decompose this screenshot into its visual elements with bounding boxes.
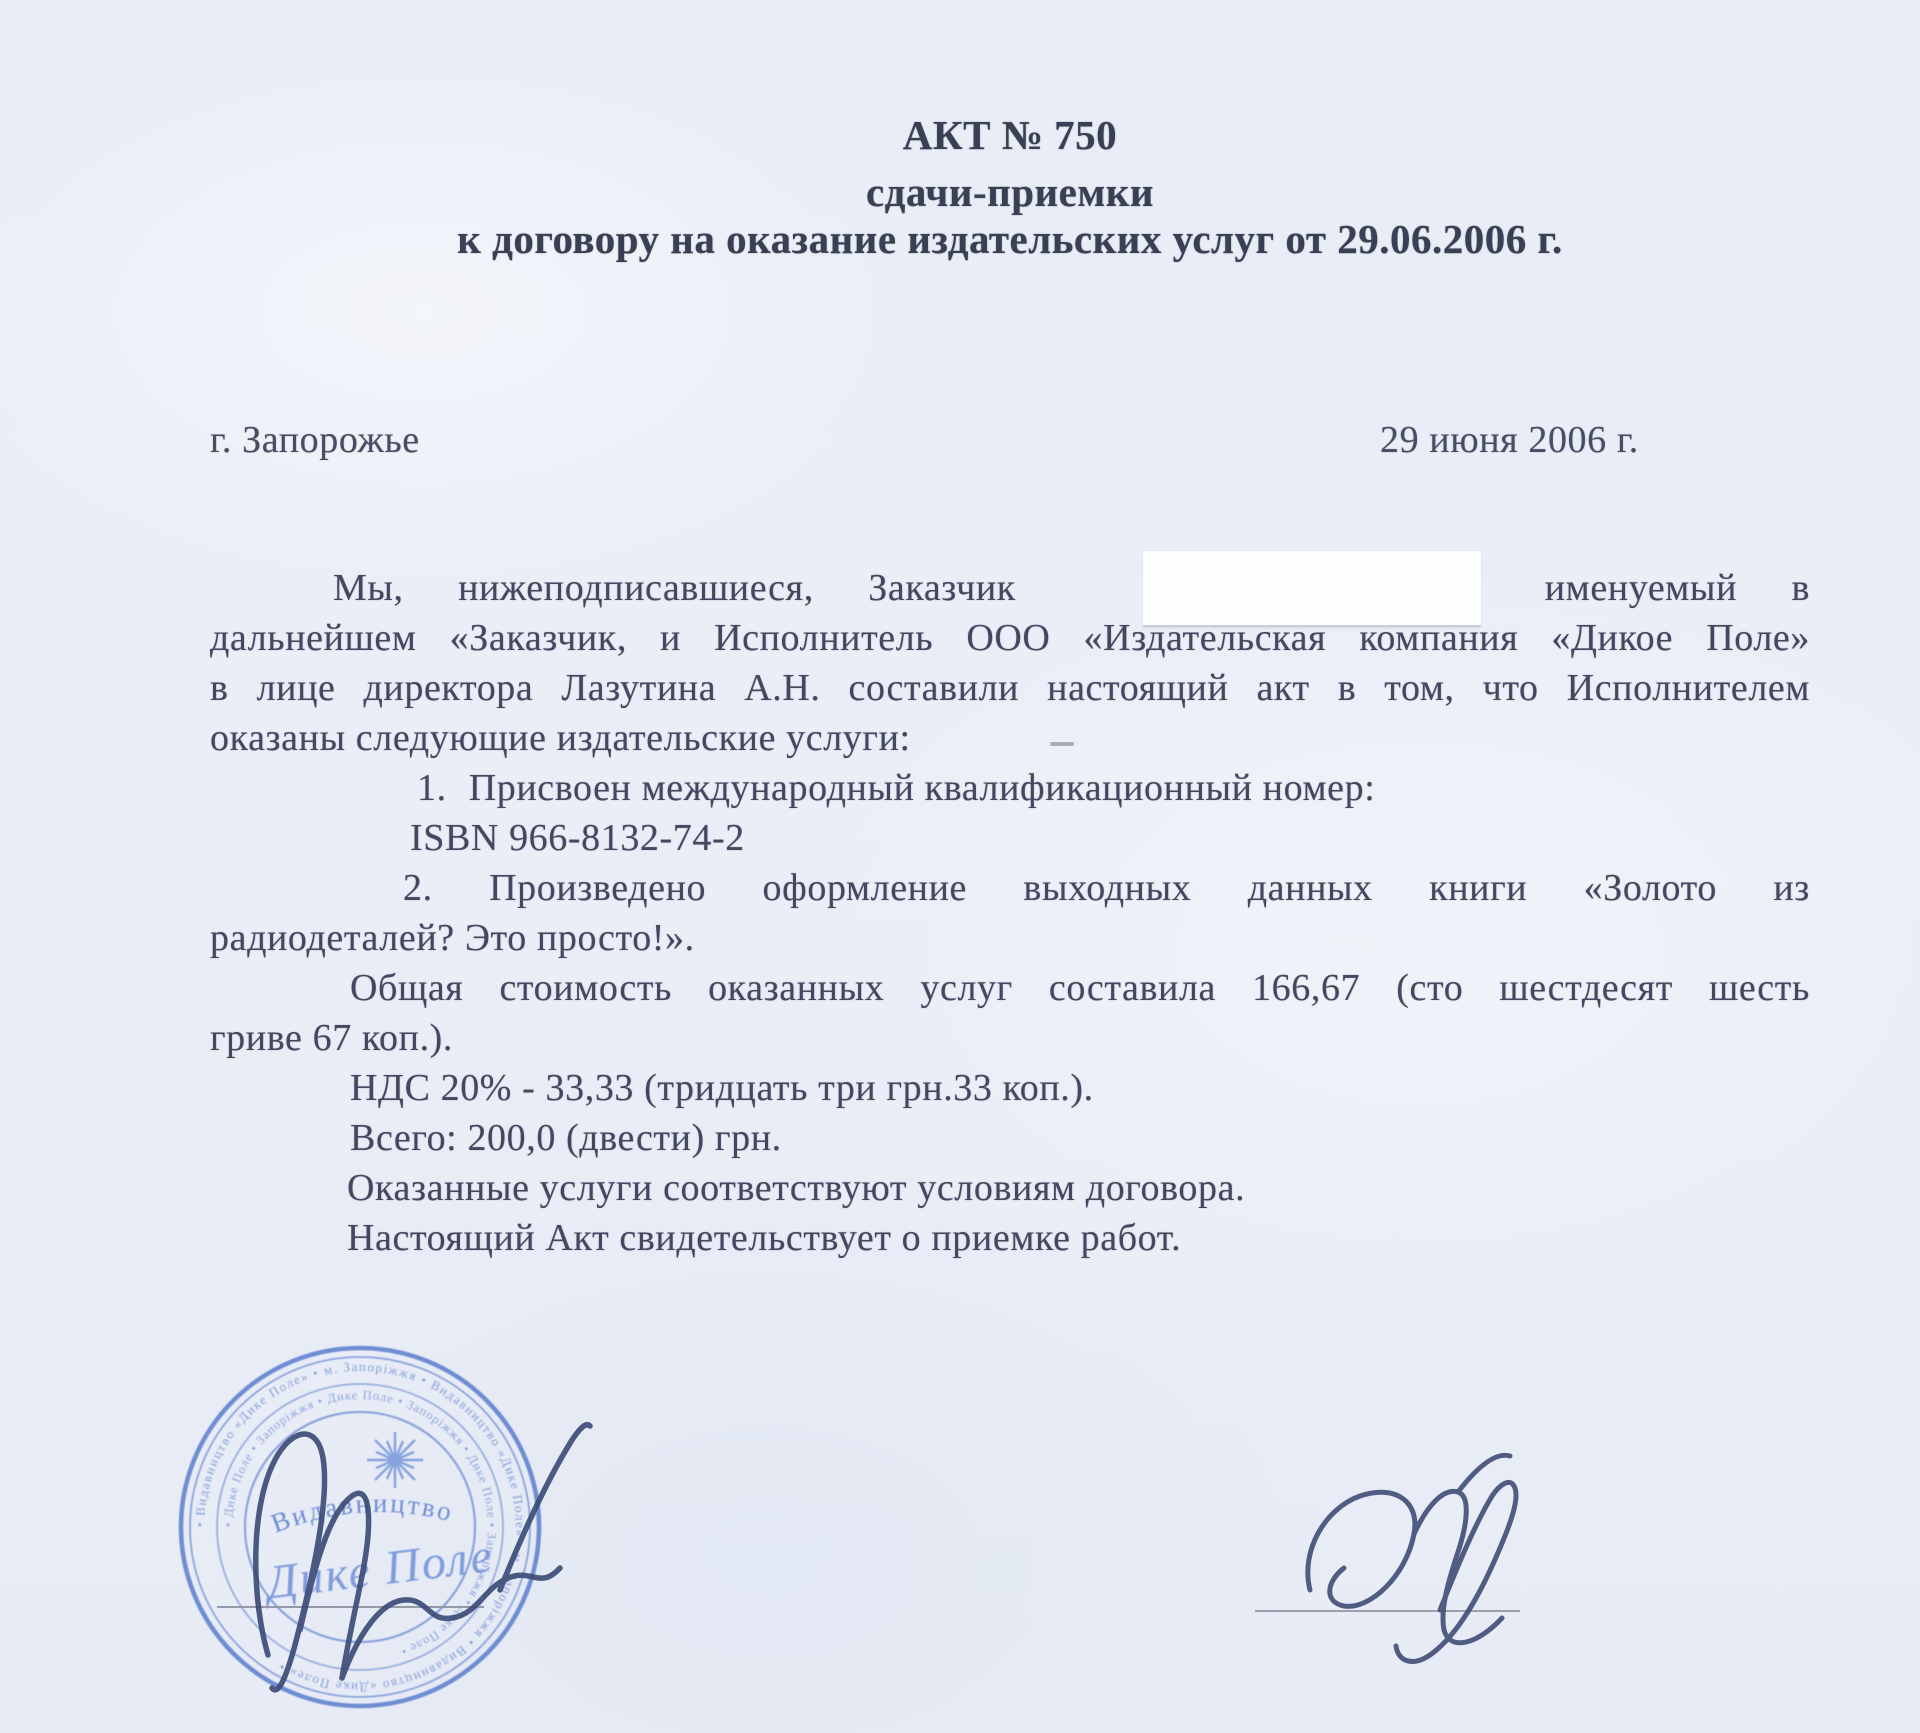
word: (сто (1396, 963, 1463, 1013)
word: стоимость (499, 963, 672, 1013)
paragraph-line-director: в лице директора Лазутина А.Н. составили… (210, 663, 1810, 713)
word: шесть (1709, 963, 1810, 1013)
signatures-ink-layer (0, 1300, 1920, 1733)
word: 2. (403, 863, 433, 913)
book-title-continuation: радиодеталей? Это просто!». (210, 913, 1810, 963)
word: оказанных (708, 963, 884, 1013)
pen-dash-artifact (1050, 742, 1074, 746)
act-title-contract: к договору на оказание издательских услу… (210, 219, 1810, 260)
paragraph-line-contractor: дальнейшем «Заказчик, и Исполнитель ООО … (210, 613, 1810, 663)
word: шестдесят (1499, 963, 1673, 1013)
word: Общая (350, 963, 463, 1013)
list-number: 1. (417, 767, 447, 809)
list-item-1-text: Присвоен международный квалификационный … (469, 767, 1376, 809)
word: Заказчик (868, 563, 1016, 613)
word: 166,67 (1252, 963, 1360, 1013)
word: именуемый (1545, 563, 1737, 613)
acceptance-line: Настоящий Акт свидетельствует о приемке … (210, 1213, 1810, 1263)
word: Произведено (489, 863, 706, 913)
word: «Золото (1584, 863, 1717, 913)
document-body: Мы, нижеподписавшиеся, Заказчик именуемы… (210, 563, 1810, 1263)
right-signature (1308, 1455, 1516, 1661)
act-title-number: АКТ № 750 (210, 115, 1810, 156)
word: данных (1248, 863, 1373, 913)
word: составила (1049, 963, 1216, 1013)
date-label: 29 июня 2006 г. (1380, 418, 1639, 462)
word: выходных (1023, 863, 1191, 913)
cost-continuation: гриве 67 коп.). (210, 1013, 1810, 1063)
cost-line: Общая стоимость оказанных услуг составил… (210, 963, 1810, 1013)
word: нижеподписавшиеся, (458, 563, 814, 613)
list-item-1: 1.Присвоен международный квалификационны… (210, 763, 1810, 813)
word: книги (1429, 863, 1527, 913)
word: из (1773, 863, 1810, 913)
isbn-line: ISBN 966-8132-74-2 (210, 813, 1810, 863)
act-title-type: сдачи-приемки (210, 172, 1810, 213)
city-label: г. Запорожье (210, 418, 420, 462)
list-item-2: 2. Произведено оформление выходных данны… (210, 863, 1810, 913)
word: Мы, (333, 563, 404, 613)
redacted-customer-name (1143, 551, 1481, 627)
word: оформление (763, 863, 967, 913)
total-line: Всего: 200,0 (двести) грн. (210, 1113, 1810, 1163)
conformity-line: Оказанные услуги соответствуют условиям … (210, 1163, 1810, 1213)
left-signature (256, 1425, 590, 1690)
word: в (1791, 563, 1810, 613)
word: услуг (920, 963, 1012, 1013)
paragraph-line-services: оказаны следующие издательские услуги: (210, 713, 1810, 763)
paragraph-line-parties: Мы, нижеподписавшиеся, Заказчик именуемы… (210, 563, 1810, 613)
vat-line: НДС 20% - 33,33 (тридцать три грн.33 коп… (210, 1063, 1810, 1113)
